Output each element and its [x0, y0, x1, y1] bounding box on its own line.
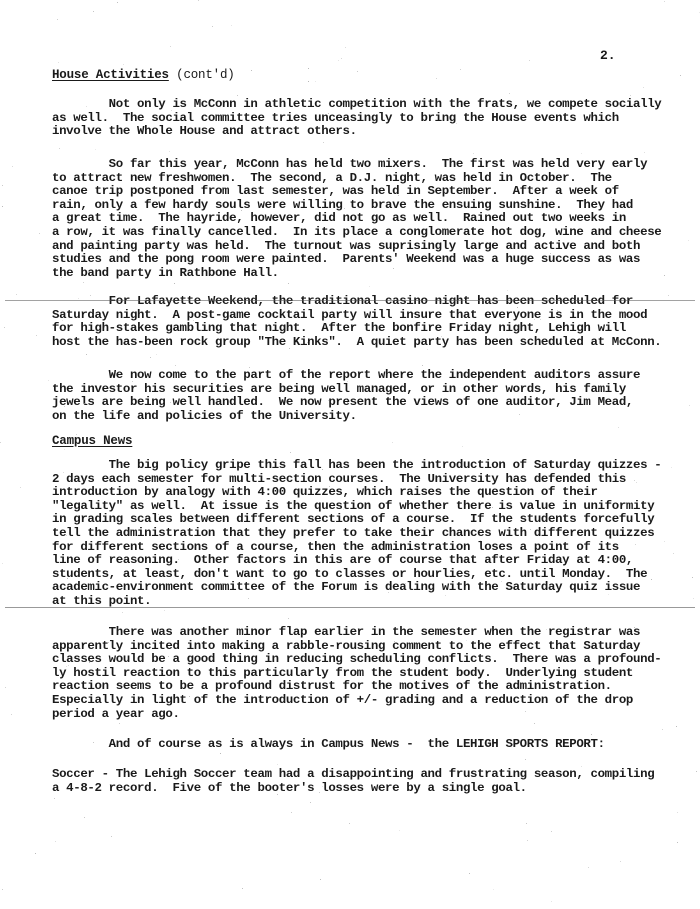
scan-speck [122, 612, 123, 613]
paragraph-soccer-report: Soccer - The Lehigh Soccer team had a di… [52, 768, 662, 795]
scan-speck [249, 367, 250, 368]
scan-speck [95, 149, 96, 150]
scan-speck [413, 313, 414, 314]
scan-speck [89, 662, 90, 663]
scan-speck [588, 867, 589, 868]
scan-speck [55, 841, 56, 842]
scan-speck [530, 529, 531, 530]
paragraph-lafayette-weekend: For Lafayette Weekend, the traditional c… [52, 295, 662, 349]
text-line: host the has-been rock group "The Kinks"… [52, 336, 662, 350]
scan-speck [169, 151, 170, 152]
scan-speck [445, 595, 446, 596]
scan-speck [532, 189, 533, 190]
scan-speck [290, 452, 291, 453]
text-line: So far this year, McConn has held two mi… [52, 158, 662, 172]
scan-speck [288, 283, 289, 284]
scan-speck [429, 491, 430, 492]
scan-speck [237, 95, 238, 96]
scan-speck [591, 734, 592, 735]
text-line: ly hostil reaction to this particularly … [52, 667, 662, 681]
scan-speck [422, 365, 423, 366]
scan-speck [39, 233, 40, 234]
scan-speck [350, 575, 351, 576]
scan-speck [104, 327, 105, 328]
text-line: 2 days each semester for multi-section c… [52, 473, 662, 487]
scan-speck [388, 592, 389, 593]
scan-speck [0, 442, 1, 443]
scan-speck [581, 153, 582, 154]
scan-speck [546, 629, 547, 630]
scan-speck [59, 148, 60, 149]
scan-speck [62, 320, 63, 321]
scan-speck [5, 687, 6, 688]
text-line: period a year ago. [52, 708, 662, 722]
scan-speck [618, 427, 619, 428]
scan-speck [470, 255, 471, 256]
scan-speck [692, 577, 693, 578]
text-line: Saturday night. A post-game cocktail par… [52, 309, 662, 323]
scan-speck [492, 507, 493, 508]
scan-speck [347, 402, 348, 403]
scan-speck [677, 842, 678, 843]
scan-speck [156, 354, 157, 355]
scan-speck [493, 889, 494, 890]
scan-speck [100, 133, 101, 134]
text-line: the investor his securities are being we… [52, 383, 662, 397]
text-line: to attract new freshwomen. The second, a… [52, 172, 662, 186]
scan-speck [84, 817, 85, 818]
scan-speck [168, 656, 169, 657]
scan-speck [611, 197, 612, 198]
scan-speck [664, 541, 665, 542]
scan-speck [534, 723, 535, 724]
scan-speck [315, 81, 316, 82]
page-number: 2. [600, 48, 616, 63]
scan-speck [557, 310, 558, 311]
scan-speck [409, 119, 410, 120]
scan-speck [108, 642, 109, 643]
scan-speck [66, 666, 67, 667]
scan-speck [277, 764, 278, 765]
scan-speck [35, 853, 36, 854]
scan-speck [178, 559, 179, 560]
scan-speck [634, 627, 635, 628]
paragraph-sports-intro: And of course as is always in Campus New… [52, 738, 662, 752]
scan-speck [291, 812, 292, 813]
scan-speck [347, 398, 348, 399]
scan-speck [242, 888, 243, 889]
scan-speck [320, 879, 321, 880]
scan-speck [193, 320, 194, 321]
scan-speck [241, 210, 242, 211]
scan-speck [173, 218, 174, 219]
scan-speck [526, 823, 527, 824]
scan-speck [636, 482, 637, 483]
scan-speck [644, 152, 645, 153]
scan-speck [307, 342, 308, 343]
scan-speck [677, 812, 678, 813]
scan-speck [83, 282, 84, 283]
scan-speck [516, 242, 517, 243]
text-line: The big policy gripe this fall has been … [52, 459, 662, 473]
scan-speck [86, 106, 87, 107]
scan-speck [328, 113, 329, 114]
scan-speck [111, 836, 112, 837]
scan-speck [162, 672, 163, 673]
scan-speck [393, 268, 394, 269]
scan-speck [78, 298, 79, 299]
text-line: involve the Whole House and attract othe… [52, 125, 662, 139]
scan-speck [160, 274, 161, 275]
scan-speck [399, 830, 400, 831]
text-line: a great time. The hayride, however, did … [52, 212, 662, 226]
scan-speck [501, 581, 502, 582]
scan-speck [427, 349, 428, 350]
scan-speck [93, 11, 94, 12]
text-line: line of reasoning. Other factors in this… [52, 554, 662, 568]
scan-speck [462, 790, 463, 791]
scan-speck [36, 335, 37, 336]
scan-speck [216, 220, 217, 221]
scan-speck [2, 185, 3, 186]
scan-speck [132, 381, 133, 382]
scan-speck [349, 823, 350, 824]
scan-speck [83, 230, 84, 231]
section-title: House Activities [52, 68, 169, 82]
scan-speck [509, 93, 510, 94]
text-line: apparently incited into making a rabble-… [52, 640, 662, 654]
scan-speck [540, 319, 541, 320]
scan-speck [84, 403, 85, 404]
scan-speck [627, 240, 628, 241]
scan-speck [310, 802, 311, 803]
text-line: "legality" as well. At issue is the ques… [52, 500, 662, 514]
scan-speck [58, 62, 59, 63]
scan-speck [470, 324, 471, 325]
scan-speck [248, 598, 249, 599]
scan-speck [272, 167, 273, 168]
scan-artifact-line [5, 607, 695, 608]
scan-speck [394, 641, 395, 642]
scan-speck [216, 559, 217, 560]
scan-speck [550, 253, 551, 254]
scan-speck [158, 514, 159, 515]
scan-speck [551, 901, 552, 902]
scan-speck [165, 675, 166, 676]
scan-speck [20, 487, 21, 488]
scan-speck [76, 434, 77, 435]
text-line: Especially in light of the introduction … [52, 694, 662, 708]
text-line: We now come to the part of the report wh… [52, 369, 662, 383]
scan-speck [338, 60, 339, 61]
text-line: For Lafayette Weekend, the traditional c… [52, 295, 662, 309]
paragraph-saturday-quizzes: The big policy gripe this fall has been … [52, 459, 662, 609]
scan-speck [315, 399, 316, 400]
scan-speck [630, 503, 631, 504]
scan-speck [220, 753, 221, 754]
scan-speck [2, 889, 3, 890]
scan-speck [174, 283, 175, 284]
text-line: Soccer - The Lehigh Soccer team had a di… [52, 768, 662, 782]
scan-speck [308, 81, 309, 82]
text-line: introduction by analogy with 4:00 quizze… [52, 486, 662, 500]
scan-speck [164, 610, 165, 611]
scan-speck [529, 60, 530, 61]
scan-speck [322, 469, 323, 470]
scan-speck [460, 69, 461, 70]
scan-speck [2, 563, 3, 564]
scan-artifact-line [5, 300, 695, 301]
scan-speck [519, 414, 520, 415]
text-line: rain, only a few hardy souls were willin… [52, 199, 662, 213]
scan-speck [64, 449, 65, 450]
text-line: There was another minor flap earlier in … [52, 626, 662, 640]
scan-speck [277, 794, 278, 795]
scan-speck [676, 726, 677, 727]
scan-speck [278, 246, 279, 247]
paragraph-house-events: So far this year, McConn has held two mi… [52, 158, 662, 280]
scan-speck [581, 766, 582, 767]
scan-speck [288, 618, 289, 619]
scan-speck [150, 357, 151, 358]
scan-speck [525, 711, 526, 712]
text-line: studies and the pong room were painted. … [52, 253, 662, 267]
scan-speck [696, 771, 697, 772]
scan-speck [325, 228, 326, 229]
scan-speck [329, 486, 330, 487]
scan-speck [234, 505, 235, 506]
scan-speck [123, 64, 124, 65]
scan-speck [673, 553, 674, 554]
scan-speck [175, 365, 176, 366]
scan-speck [553, 643, 554, 644]
scan-speck [86, 354, 87, 355]
scan-speck [16, 294, 17, 295]
scan-speck [2, 206, 3, 207]
scan-speck [523, 582, 524, 583]
section-title: Campus News [52, 434, 132, 448]
scan-speck [117, 250, 118, 251]
section-title-suffix: (cont'd) [176, 68, 234, 82]
scan-speck [119, 723, 120, 724]
scan-speck [469, 873, 470, 874]
text-line: Not only is McConn in athletic competiti… [52, 98, 662, 112]
scan-speck [189, 696, 190, 697]
scan-speck [462, 446, 463, 447]
scan-speck [581, 162, 582, 163]
scan-speck [287, 258, 288, 259]
scan-speck [341, 58, 342, 59]
scan-speck [319, 792, 320, 793]
scan-speck [63, 472, 64, 473]
text-line: jewels are being well handled. We now pr… [52, 396, 662, 410]
scan-speck [356, 375, 357, 376]
text-line: for high-stakes gambling that night. Aft… [52, 322, 662, 336]
paragraph-house-intro: Not only is McConn in athletic competiti… [52, 98, 662, 139]
scan-speck [689, 405, 690, 406]
scan-speck [527, 840, 528, 841]
scan-speck [604, 401, 605, 402]
text-line: tell the administration that they prefer… [52, 527, 662, 541]
scan-speck [323, 142, 324, 143]
scan-speck [693, 598, 694, 599]
text-line: as well. The social committee tries unce… [52, 112, 662, 126]
scan-speck [344, 208, 345, 209]
scan-speck [664, 1, 665, 2]
scan-speck [634, 480, 635, 481]
scan-speck [559, 121, 560, 122]
scan-speck [668, 295, 669, 296]
scan-speck [90, 295, 91, 296]
text-line: a 4-8-2 record. Five of the booter's los… [52, 782, 662, 796]
scan-speck [392, 442, 393, 443]
scan-speck [372, 480, 373, 481]
scan-speck [477, 642, 478, 643]
scan-speck [664, 275, 665, 276]
scan-speck [54, 798, 55, 799]
scan-speck [212, 26, 213, 27]
scan-speck [61, 277, 62, 278]
scan-speck [67, 578, 68, 579]
scan-speck [161, 269, 162, 270]
scan-speck [170, 46, 171, 47]
scan-speck [231, 25, 232, 26]
scan-speck [328, 400, 329, 401]
text-line: classes would be a good thing in reducin… [52, 653, 662, 667]
scan-speck [507, 290, 508, 291]
scan-speck [382, 300, 383, 301]
scan-speck [621, 313, 622, 314]
text-line: And of course as is always in Campus New… [52, 738, 662, 752]
scan-speck [651, 579, 652, 580]
scan-speck [635, 544, 636, 545]
text-line: for different sections of a course, then… [52, 541, 662, 555]
scan-speck [345, 47, 346, 48]
text-line: the band party in Rathbone Hall. [52, 267, 662, 281]
text-line: and painting party was held. The turnout… [52, 240, 662, 254]
scan-speck [289, 348, 290, 349]
scan-speck [643, 87, 644, 88]
scan-speck [343, 509, 344, 510]
scan-speck [66, 535, 67, 536]
text-line: in grading scales between different sect… [52, 513, 662, 527]
scan-speck [12, 166, 13, 167]
scan-speck [456, 123, 457, 124]
scan-speck [11, 714, 12, 715]
paragraph-auditors: We now come to the part of the report wh… [52, 369, 662, 423]
scan-speck [534, 319, 535, 320]
text-line: academic-environment committee of the Fo… [52, 581, 662, 595]
scan-speck [688, 240, 689, 241]
paragraph-registrar-flap: There was another minor flap earlier in … [52, 626, 662, 721]
scan-speck [60, 191, 61, 192]
text-line: on the life and policies of the Universi… [52, 410, 662, 424]
scan-speck [480, 540, 481, 541]
scan-speck [517, 307, 518, 308]
text-line: canoe trip postponed from last semester,… [52, 185, 662, 199]
scan-speck [405, 583, 406, 584]
scan-speck [99, 343, 100, 344]
scan-speck [525, 759, 526, 760]
scan-speck [398, 195, 399, 196]
section-heading-house-activities: House Activities (cont'd) [52, 68, 235, 82]
scan-speck [68, 665, 69, 666]
scan-speck [117, 2, 118, 3]
scan-speck [441, 336, 442, 337]
section-heading-campus-news: Campus News [52, 434, 132, 448]
scan-speck [4, 327, 5, 328]
scan-speck [630, 95, 631, 96]
document-page: 2. House Activities (cont'd) Not only is… [0, 0, 700, 909]
scan-speck [520, 479, 521, 480]
scan-speck [369, 286, 370, 287]
scan-speck [473, 153, 474, 154]
scan-speck [308, 68, 309, 69]
text-line: students, at least, don't want to go to … [52, 568, 662, 582]
scan-speck [608, 594, 609, 595]
scan-speck [552, 648, 553, 649]
scan-speck [198, 0, 199, 1]
scan-speck [251, 70, 252, 71]
scan-speck [680, 75, 681, 76]
scan-speck [671, 467, 672, 468]
scan-speck [436, 78, 437, 79]
scan-speck [551, 831, 552, 832]
text-line: a row, it was finally cancelled. In its … [52, 226, 662, 240]
scan-speck [171, 110, 172, 111]
scan-speck [64, 406, 65, 407]
scan-speck [347, 381, 348, 382]
scan-speck [170, 402, 171, 403]
scan-speck [620, 861, 621, 862]
scan-speck [322, 786, 323, 787]
text-line: reaction seems to be a profound distrust… [52, 680, 662, 694]
scan-speck [490, 696, 491, 697]
scan-speck [357, 71, 358, 72]
scan-speck [57, 19, 58, 20]
scan-speck [506, 534, 507, 535]
scan-speck [466, 640, 467, 641]
scan-speck [48, 380, 49, 381]
scan-speck [93, 742, 94, 743]
scan-speck [662, 729, 663, 730]
